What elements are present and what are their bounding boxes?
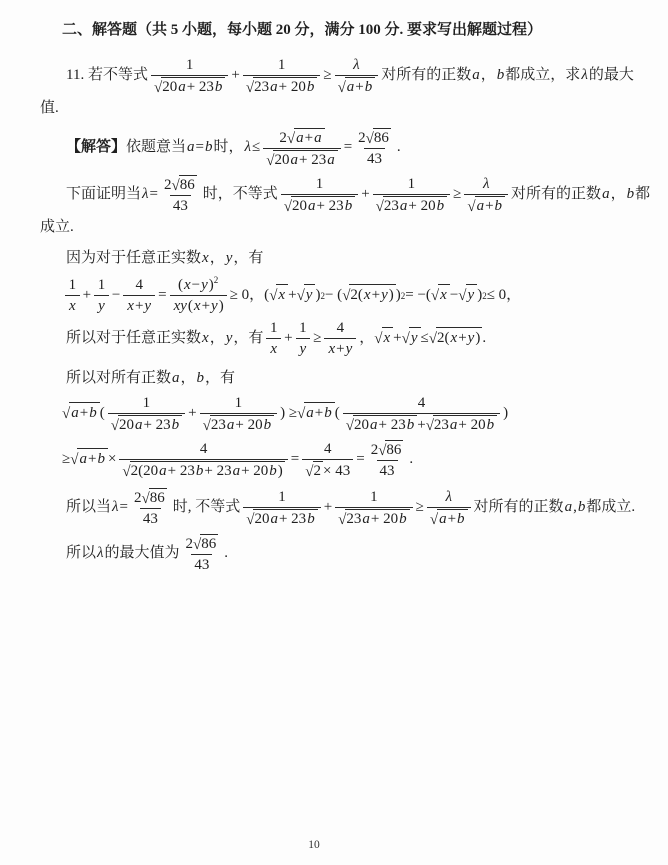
- radical-sign: √: [70, 453, 78, 468]
- bold-text-run: 二、解答题（共 5 小题，每小题 20 分，满分 100 分. 要求写出解题过程…: [62, 22, 542, 38]
- square-root: √86: [378, 440, 403, 459]
- fraction-numerator: (x−y)2: [175, 276, 221, 295]
- square-root: √x: [269, 284, 288, 307]
- square-root: √x: [431, 284, 450, 307]
- radical-sign: √: [346, 419, 354, 434]
- text-run: 1: [186, 57, 194, 73]
- radical-sign: √: [62, 407, 70, 422]
- solution-step-2: 下面证明当λ = 2√8643时，不等式1√20a+ 23b+1√23a+ 20…: [40, 175, 636, 215]
- text-run: =: [158, 285, 166, 307]
- text-run: −: [112, 285, 120, 307]
- math-variable: x: [327, 341, 336, 357]
- fraction: 4x+y: [324, 319, 356, 358]
- text-run: 2(20: [131, 463, 159, 479]
- text-run: + 23: [168, 463, 195, 479]
- radical-sign: √: [246, 513, 254, 528]
- text-run: (: [335, 403, 340, 425]
- fraction: 1x: [266, 319, 281, 358]
- solution-step-6: 所以当λ = 2√8643时, 不等式1√20a+ 23b+1√23a+ 20b…: [40, 488, 636, 528]
- radicand: 86: [179, 175, 197, 194]
- text-run: 11. 若不等式: [66, 65, 148, 87]
- text-run: 4: [337, 320, 345, 336]
- text-run: +: [231, 65, 239, 87]
- math-variable: y: [299, 341, 308, 357]
- text-run: 1: [299, 320, 307, 336]
- text-run: ≥ 0，(: [230, 285, 269, 307]
- text-run: = −(: [405, 285, 431, 307]
- text-run: ≤ 0，: [487, 285, 521, 307]
- math-variable: λ: [141, 184, 150, 206]
- math-variable: a: [361, 511, 371, 527]
- math-variable: a: [269, 511, 279, 527]
- text-run: +: [324, 497, 332, 519]
- text-run: 2: [164, 177, 172, 193]
- math-variable: λ: [482, 176, 491, 192]
- math-variable: b: [577, 497, 587, 519]
- text-run: 对所有的正数: [474, 497, 564, 519]
- radicand: 2: [313, 461, 324, 480]
- fraction-denominator: √2(20a+ 23b+ 23a+ 20b): [119, 459, 287, 480]
- text-run: 20: [292, 198, 307, 214]
- solution-equation-2: √a+b(1√20a+ 23b+1√23a+ 20b) ≥√a+b(4√20a+…: [40, 394, 636, 434]
- fraction-numerator: 4: [132, 276, 146, 295]
- fraction-numerator: 1: [95, 276, 109, 295]
- text-run: ): [503, 403, 508, 425]
- fraction: λ√a+b: [335, 56, 379, 96]
- radical-sign: √: [305, 465, 313, 480]
- text-run: + 20: [279, 79, 306, 95]
- fraction-denominator: 43: [377, 460, 398, 480]
- text-run: 时，: [214, 137, 244, 159]
- radical-sign: √: [297, 407, 305, 422]
- text-run: ≥: [62, 449, 70, 471]
- fraction-numerator: 1: [367, 488, 381, 507]
- text-run: 2(: [350, 287, 363, 303]
- math-variable: λ: [580, 65, 589, 87]
- fraction: 1√23a+ 20b: [243, 56, 320, 96]
- math-variable: a: [399, 198, 409, 214]
- square-root: √23a+ 20b: [426, 415, 497, 434]
- square-root: √2(x+y): [429, 327, 483, 350]
- radical-sign: √: [426, 419, 434, 434]
- square-root: √2: [305, 461, 323, 480]
- fraction-numerator: 4: [334, 319, 348, 338]
- text-run: 2: [279, 130, 287, 146]
- math-variable: y: [200, 277, 209, 293]
- problem-11-statement: 11. 若不等式1√20a+ 23b+1√23a+ 20b≥λ√a+b对所有的正…: [40, 56, 636, 96]
- solution-equation-1: 1x+1y−4x+y=(x−y)2xy(x+y)≥ 0，(√x+√y)2− (√…: [40, 276, 636, 315]
- square-root: √20a+ 23b: [284, 196, 355, 215]
- math-variable: a: [295, 130, 305, 146]
- fraction-denominator: 43: [140, 508, 161, 528]
- radicand: x: [438, 284, 450, 307]
- math-variable: b: [494, 198, 504, 214]
- fraction-denominator: √20a+ 23b: [281, 194, 358, 215]
- math-variable: a: [601, 184, 611, 206]
- fraction-numerator: 1: [267, 319, 281, 338]
- text-run: 2: [358, 130, 366, 146]
- square-root: √23a+ 20b: [376, 196, 447, 215]
- square-root: √86: [141, 488, 166, 507]
- text-run: 时，不等式: [203, 184, 278, 206]
- fraction-numerator: 4: [321, 440, 335, 459]
- radicand: 86: [200, 534, 218, 553]
- solution-step-3: 因为对于任意正实数x，y，有: [40, 248, 636, 270]
- text-run: +: [361, 184, 369, 206]
- math-variable: y: [467, 287, 476, 303]
- radical-sign: √: [269, 289, 277, 304]
- fraction-denominator: x+y: [123, 295, 155, 315]
- math-variable: x: [201, 250, 210, 266]
- fraction-numerator: λ: [349, 56, 364, 75]
- radicand: 20a+ 23b: [353, 415, 417, 434]
- text-run: + 20: [241, 463, 268, 479]
- math-variable: x: [383, 330, 392, 346]
- math-variable: a: [134, 417, 144, 433]
- fraction-denominator: 43: [191, 554, 212, 574]
- radical-sign: √: [376, 200, 384, 215]
- square-root: √a+b: [338, 77, 376, 96]
- radical-sign: √: [284, 200, 292, 215]
- square-root: √20a+ 23b: [154, 77, 225, 96]
- text-run: .: [397, 137, 401, 159]
- text-run: 1: [270, 320, 278, 336]
- square-root: √2(x+y): [342, 284, 396, 307]
- text-run: +: [284, 328, 292, 350]
- text-run: 20: [354, 417, 369, 433]
- text-run: 20: [162, 79, 177, 95]
- square-root: √a+a: [287, 128, 325, 147]
- fraction: 2√8643: [368, 440, 407, 480]
- text-run: +: [80, 405, 88, 421]
- radical-sign: √: [430, 513, 438, 528]
- fraction-numerator: 4: [197, 440, 211, 459]
- radical-sign: √: [431, 289, 439, 304]
- text-run: 20: [274, 152, 289, 168]
- math-variable: b: [486, 417, 496, 433]
- radical-sign: √: [203, 419, 211, 434]
- text-run: −: [450, 285, 458, 307]
- radicand: 86: [385, 440, 403, 459]
- fraction-numerator: 2√86: [355, 128, 394, 148]
- math-variable: y: [345, 341, 354, 357]
- text-run: ，: [611, 184, 626, 206]
- text-run: =: [356, 449, 364, 471]
- fraction: 4x+y: [123, 276, 155, 315]
- square-root: √2(20a+ 23b+ 23a+ 20b): [122, 461, 284, 480]
- text-run: 都: [635, 184, 650, 206]
- fraction-numerator: 1: [232, 394, 246, 413]
- radical-sign: √: [111, 419, 119, 434]
- math-variable: b: [323, 405, 333, 421]
- math-variable: b: [344, 198, 354, 214]
- solution-conclusion: 所以λ的最大值为2√8643.: [40, 534, 636, 574]
- text-run: 1: [143, 395, 151, 411]
- text-run: 43: [367, 151, 382, 167]
- square-root: √a+b: [467, 196, 505, 215]
- text-run: 1: [98, 277, 106, 293]
- solution-step-2-cont: 成立.: [40, 217, 636, 239]
- text-run: =: [291, 449, 299, 471]
- text-run: ，有: [205, 370, 235, 386]
- math-variable: x: [277, 287, 286, 303]
- fraction-denominator: √23a+ 20b: [373, 194, 450, 215]
- text-run: 23: [211, 417, 226, 433]
- text-run: 43: [380, 463, 395, 479]
- math-variable: b: [364, 79, 374, 95]
- text-run: +: [188, 403, 196, 425]
- fraction-denominator: √20a+ 23b+√23a+ 20b: [343, 413, 500, 434]
- math-variable: x: [68, 298, 77, 314]
- math-variable: a: [70, 405, 80, 421]
- square-root: √a+b: [430, 509, 468, 528]
- superscript: 2: [214, 275, 219, 285]
- fraction: 1√20a+ 23b: [108, 394, 185, 434]
- fraction: 2√8643: [131, 488, 170, 528]
- math-variable: x: [193, 298, 202, 314]
- math-variable: y: [225, 328, 234, 350]
- fraction-numerator: 1: [313, 175, 327, 194]
- text-run: ): [475, 330, 480, 346]
- square-root: √20a+ 23b: [246, 509, 317, 528]
- math-variable: b: [196, 370, 206, 386]
- text-run: 1: [316, 176, 324, 192]
- fraction: 1√23a+ 20b: [373, 175, 450, 215]
- text-run: 23: [434, 417, 449, 433]
- fraction: 4√2(20a+ 23b+ 23a+ 20b): [119, 440, 287, 480]
- radicand: y: [466, 284, 478, 307]
- text-run: 时, 不等式: [173, 497, 241, 519]
- math-variable: a: [226, 417, 236, 433]
- fraction: 2√a+a√20a+ 23a: [263, 128, 340, 169]
- math-variable: b: [96, 451, 106, 467]
- radical-sign: √: [338, 81, 346, 96]
- fraction-numerator: 1: [275, 488, 289, 507]
- math-variable: x: [450, 330, 459, 346]
- math-variable: b: [204, 137, 214, 159]
- text-run: 4: [418, 395, 426, 411]
- radicand: 2(x+y): [349, 284, 395, 307]
- text-run: 所以对于任意正实数: [66, 328, 201, 350]
- text-run: ，: [481, 65, 496, 87]
- math-variable: y: [97, 298, 106, 314]
- fraction-denominator: √20a+ 23b: [243, 507, 320, 528]
- fraction-denominator: 43: [364, 148, 385, 168]
- fraction: 4√20a+ 23b+√23a+ 20b: [343, 394, 500, 434]
- math-variable: a: [158, 463, 168, 479]
- text-run: .: [409, 449, 413, 471]
- math-variable: a: [564, 497, 574, 519]
- text-run: ): [278, 463, 283, 479]
- radical-sign: √: [246, 81, 254, 96]
- fraction-numerator: 1: [275, 56, 289, 75]
- text-run: 对所有的正数: [511, 184, 601, 206]
- text-run: × 43: [323, 463, 350, 479]
- radical-sign: √: [374, 332, 382, 347]
- math-variable: a: [369, 417, 379, 433]
- text-run: + 23: [379, 417, 406, 433]
- text-run: ≥: [416, 497, 424, 519]
- text-run: 2: [134, 490, 142, 506]
- text-run: +: [202, 298, 210, 314]
- text-run: 1: [408, 176, 416, 192]
- math-variable: b: [306, 511, 316, 527]
- fraction: 4√2× 43: [302, 440, 353, 480]
- problem-11-statement-cont: 值.: [40, 98, 636, 120]
- radicand: 86: [149, 488, 167, 507]
- math-variable: a: [186, 137, 196, 159]
- math-variable: y: [380, 287, 389, 303]
- radical-sign: √: [297, 289, 305, 304]
- text-run: (: [100, 403, 105, 425]
- text-run: +: [458, 330, 466, 346]
- square-root: √a+b: [297, 402, 335, 425]
- text-run: 23: [254, 79, 269, 95]
- math-variable: y: [210, 298, 219, 314]
- square-root: √y: [458, 284, 477, 307]
- text-run: 23: [346, 511, 361, 527]
- radical-sign: √: [287, 132, 295, 147]
- text-run: 4: [200, 441, 208, 457]
- text-run: ，: [359, 328, 374, 350]
- text-run: 下面证明当: [66, 184, 141, 206]
- math-variable: a: [289, 152, 299, 168]
- text-run: +: [448, 511, 456, 527]
- text-run: 1: [235, 395, 243, 411]
- text-run: ≥: [453, 184, 461, 206]
- math-variable: y: [305, 287, 314, 303]
- math-variable: x: [269, 341, 278, 357]
- text-run: .: [224, 543, 228, 565]
- math-variable: λ: [96, 543, 105, 565]
- math-variable: x: [183, 277, 192, 293]
- text-run: +: [393, 328, 401, 350]
- fraction-numerator: λ: [441, 488, 456, 507]
- math-variable: y: [143, 298, 152, 314]
- radical-sign: √: [141, 492, 149, 507]
- text-run: − (: [325, 285, 342, 307]
- square-root: √23a+ 20b: [203, 415, 274, 434]
- math-variable: λ: [111, 497, 120, 519]
- text-run: + 20: [235, 417, 262, 433]
- text-run: + 23: [279, 511, 306, 527]
- text-run: +: [83, 285, 91, 307]
- math-variable: b: [398, 511, 408, 527]
- text-run: 86: [201, 536, 216, 552]
- fraction-denominator: x: [65, 295, 80, 315]
- math-variable: b: [88, 405, 98, 421]
- text-run: 2: [186, 536, 194, 552]
- text-run: + 23: [204, 463, 231, 479]
- text-run: 的最大: [589, 65, 634, 87]
- text-run: .: [482, 328, 486, 350]
- math-variable: λ: [444, 489, 453, 505]
- square-root: √86: [171, 175, 196, 194]
- math-variable: a: [449, 417, 459, 433]
- text-run: +: [336, 341, 344, 357]
- radicand: a+b: [77, 448, 107, 471]
- text-run: +: [355, 79, 363, 95]
- math-variable: x: [126, 298, 135, 314]
- text-run: −: [192, 277, 200, 293]
- text-run: 20: [254, 511, 269, 527]
- square-root: √y: [402, 327, 421, 350]
- square-root: √20a+ 23a: [266, 150, 337, 169]
- radicand: 2(20a+ 23b+ 23a+ 20b): [130, 461, 285, 480]
- text-run: 都成立.: [586, 497, 635, 519]
- math-variable: a: [326, 152, 336, 168]
- text-run: 的最大值为: [105, 543, 180, 565]
- math-variable: a: [438, 511, 448, 527]
- fraction-denominator: √a+b: [464, 194, 508, 215]
- text-run: 43: [173, 198, 188, 214]
- radicand: 23a+ 20b: [383, 196, 447, 215]
- text-run: +: [417, 417, 425, 433]
- radicand: 20a+ 23a: [273, 150, 337, 169]
- math-variable: b: [195, 463, 205, 479]
- text-run: 20: [119, 417, 134, 433]
- fraction: 1√20a+ 23b: [243, 488, 320, 528]
- radicand: x: [382, 327, 394, 350]
- radicand: 20a+ 23b: [118, 415, 182, 434]
- text-run: + 20: [458, 417, 485, 433]
- fraction-denominator: 43: [170, 195, 191, 215]
- square-root: √23a+ 20b: [338, 509, 409, 528]
- fraction-numerator: 2√a+a: [276, 128, 327, 148]
- text-run: 1: [370, 489, 378, 505]
- math-variable: b: [406, 417, 416, 433]
- radicand: 23a+ 20b: [433, 415, 497, 434]
- text-run: 1: [278, 489, 286, 505]
- square-root: √a+b: [70, 448, 108, 471]
- text-run: 23: [384, 198, 399, 214]
- math-variable: x: [439, 287, 448, 303]
- text-run: +: [315, 405, 323, 421]
- fraction-numerator: 2√86: [183, 534, 222, 554]
- radical-sign: √: [266, 154, 274, 169]
- radical-sign: √: [467, 200, 475, 215]
- fraction-denominator: √20a+ 23b: [108, 413, 185, 434]
- text-run: ≤: [252, 137, 260, 159]
- math-variable: b: [214, 79, 224, 95]
- fraction: λ√a+b: [427, 488, 471, 528]
- radicand: a+b: [69, 402, 99, 425]
- math-variable: a: [305, 405, 315, 421]
- text-run: + 23: [143, 417, 170, 433]
- text-run: + 23: [299, 152, 326, 168]
- fraction-numerator: 2√86: [161, 175, 200, 195]
- square-root: √23a+ 20b: [246, 77, 317, 96]
- fraction-denominator: √23a+ 20b: [200, 413, 277, 434]
- radicand: x: [276, 284, 288, 307]
- document-body: 二、解答题（共 5 小题，每小题 20 分，满分 100 分. 要求写出解题过程…: [40, 20, 636, 574]
- fraction: 1√20a+ 23b: [151, 56, 228, 96]
- text-run: ，: [210, 328, 225, 350]
- radicand: y: [304, 284, 316, 307]
- text-run: 1: [278, 57, 286, 73]
- fraction-numerator: λ: [479, 175, 494, 194]
- fraction-denominator: y: [94, 295, 109, 315]
- math-variable: b: [263, 417, 273, 433]
- fraction-denominator: √20a+ 23b: [151, 75, 228, 96]
- radicand: 20a+ 23b: [253, 509, 317, 528]
- radicand: 86: [373, 128, 391, 147]
- text-run: =: [196, 137, 204, 159]
- fraction: 1y: [296, 319, 311, 358]
- fraction-numerator: 1: [405, 175, 419, 194]
- math-variable: b: [306, 79, 316, 95]
- text-run: 4: [324, 441, 332, 457]
